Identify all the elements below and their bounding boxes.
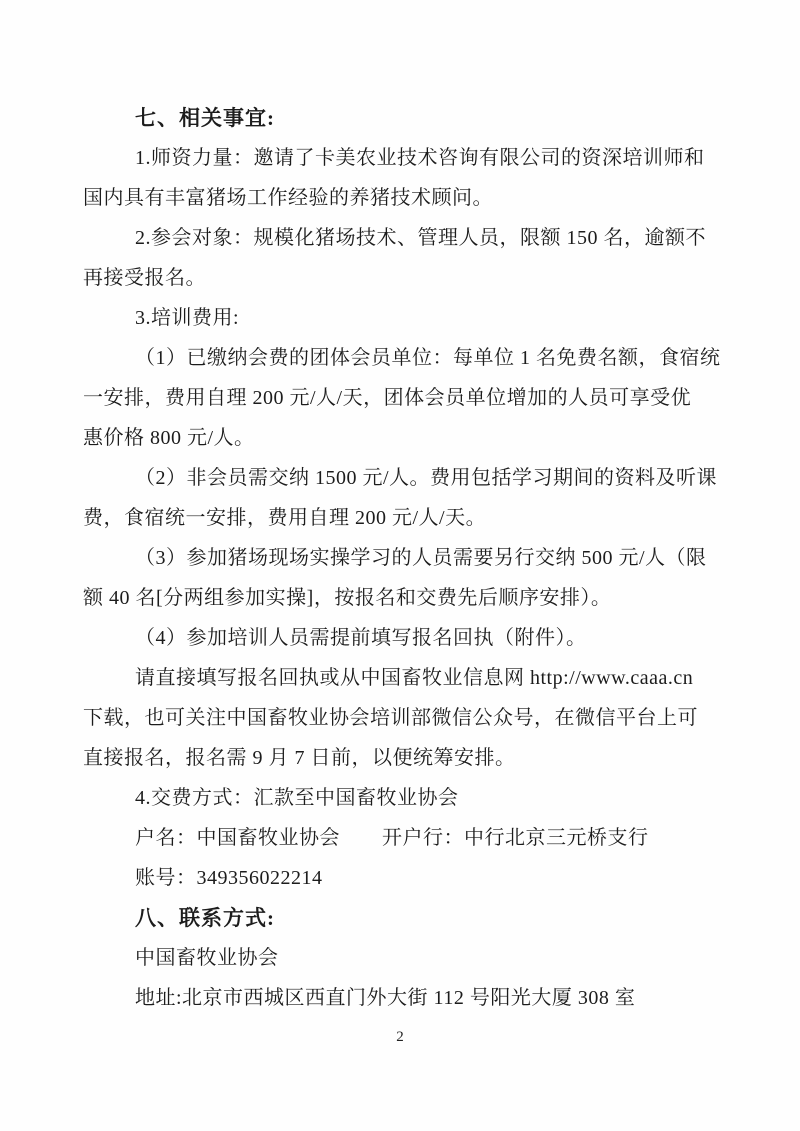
section-7-heading: 七、相关事宜: [83, 98, 715, 138]
para-payment-method: 4.交费方式：汇款至中国畜牧业协会 [83, 778, 715, 818]
account-number-line: 账号：349356022214 [83, 858, 715, 898]
para-teachers-line-2: 国内具有丰富猪场工作经验的养猪技术顾问。 [83, 178, 715, 218]
para-fees-title: 3.培训费用: [83, 298, 715, 338]
section-8-heading: 八、联系方式: [83, 898, 715, 938]
para-fee-item2-line-2: 费，食宿统一安排，费用自理 200 元/人/天。 [83, 498, 715, 538]
para-fee-item3-line-1: （3）参加猪场现场实操学习的人员需要另行交纳 500 元/人（限 [83, 538, 715, 578]
para-registration-line-2: 下载，也可关注中国畜牧业协会培训部微信公众号，在微信平台上可 [83, 698, 715, 738]
document-body: 七、相关事宜: 1.师资力量：邀请了卡美农业技术咨询有限公司的资深培训师和 国内… [83, 98, 715, 1018]
account-holder-name: 户名：中国畜牧业协会 [135, 827, 340, 849]
para-fee-item3-line-2: 额 40 名[分两组参加实操]，按报名和交费先后顺序安排）。 [83, 578, 715, 618]
page-number: 2 [0, 1026, 800, 1048]
para-fee-item2-line-1: （2）非会员需交纳 1500 元/人。费用包括学习期间的资料及听课 [83, 458, 715, 498]
para-fee-item1-line-1: （1）已缴纳会费的团体会员单位：每单位 1 名免费名额，食宿统 [83, 338, 715, 378]
bank-branch: 开户行：中行北京三元桥支行 [382, 827, 649, 849]
para-fee-item1-line-2: 一安排，费用自理 200 元/人/天，团体会员单位增加的人员可享受优 [83, 378, 715, 418]
para-teachers-line-1: 1.师资力量：邀请了卡美农业技术咨询有限公司的资深培训师和 [83, 138, 715, 178]
bank-account-line: 户名：中国畜牧业协会开户行：中行北京三元桥支行 [83, 818, 715, 858]
para-registration-line-3: 直接报名，报名需 9 月 7 日前，以便统筹安排。 [83, 738, 715, 778]
contact-org-name: 中国畜牧业协会 [83, 938, 715, 978]
para-attendees-line-1: 2.参会对象：规模化猪场技术、管理人员，限额 150 名，逾额不 [83, 218, 715, 258]
para-fee-item4: （4）参加培训人员需提前填写报名回执（附件）。 [83, 618, 715, 658]
para-registration-line-1: 请直接填写报名回执或从中国畜牧业信息网 http://www.caaa.cn [83, 658, 715, 698]
para-attendees-line-2: 再接受报名。 [83, 258, 715, 298]
document-page: 七、相关事宜: 1.师资力量：邀请了卡美农业技术咨询有限公司的资深培训师和 国内… [0, 0, 800, 1131]
para-fee-item1-line-3: 惠价格 800 元/人。 [83, 418, 715, 458]
contact-address: 地址:北京市西城区西直门外大街 112 号阳光大厦 308 室 [83, 978, 715, 1018]
